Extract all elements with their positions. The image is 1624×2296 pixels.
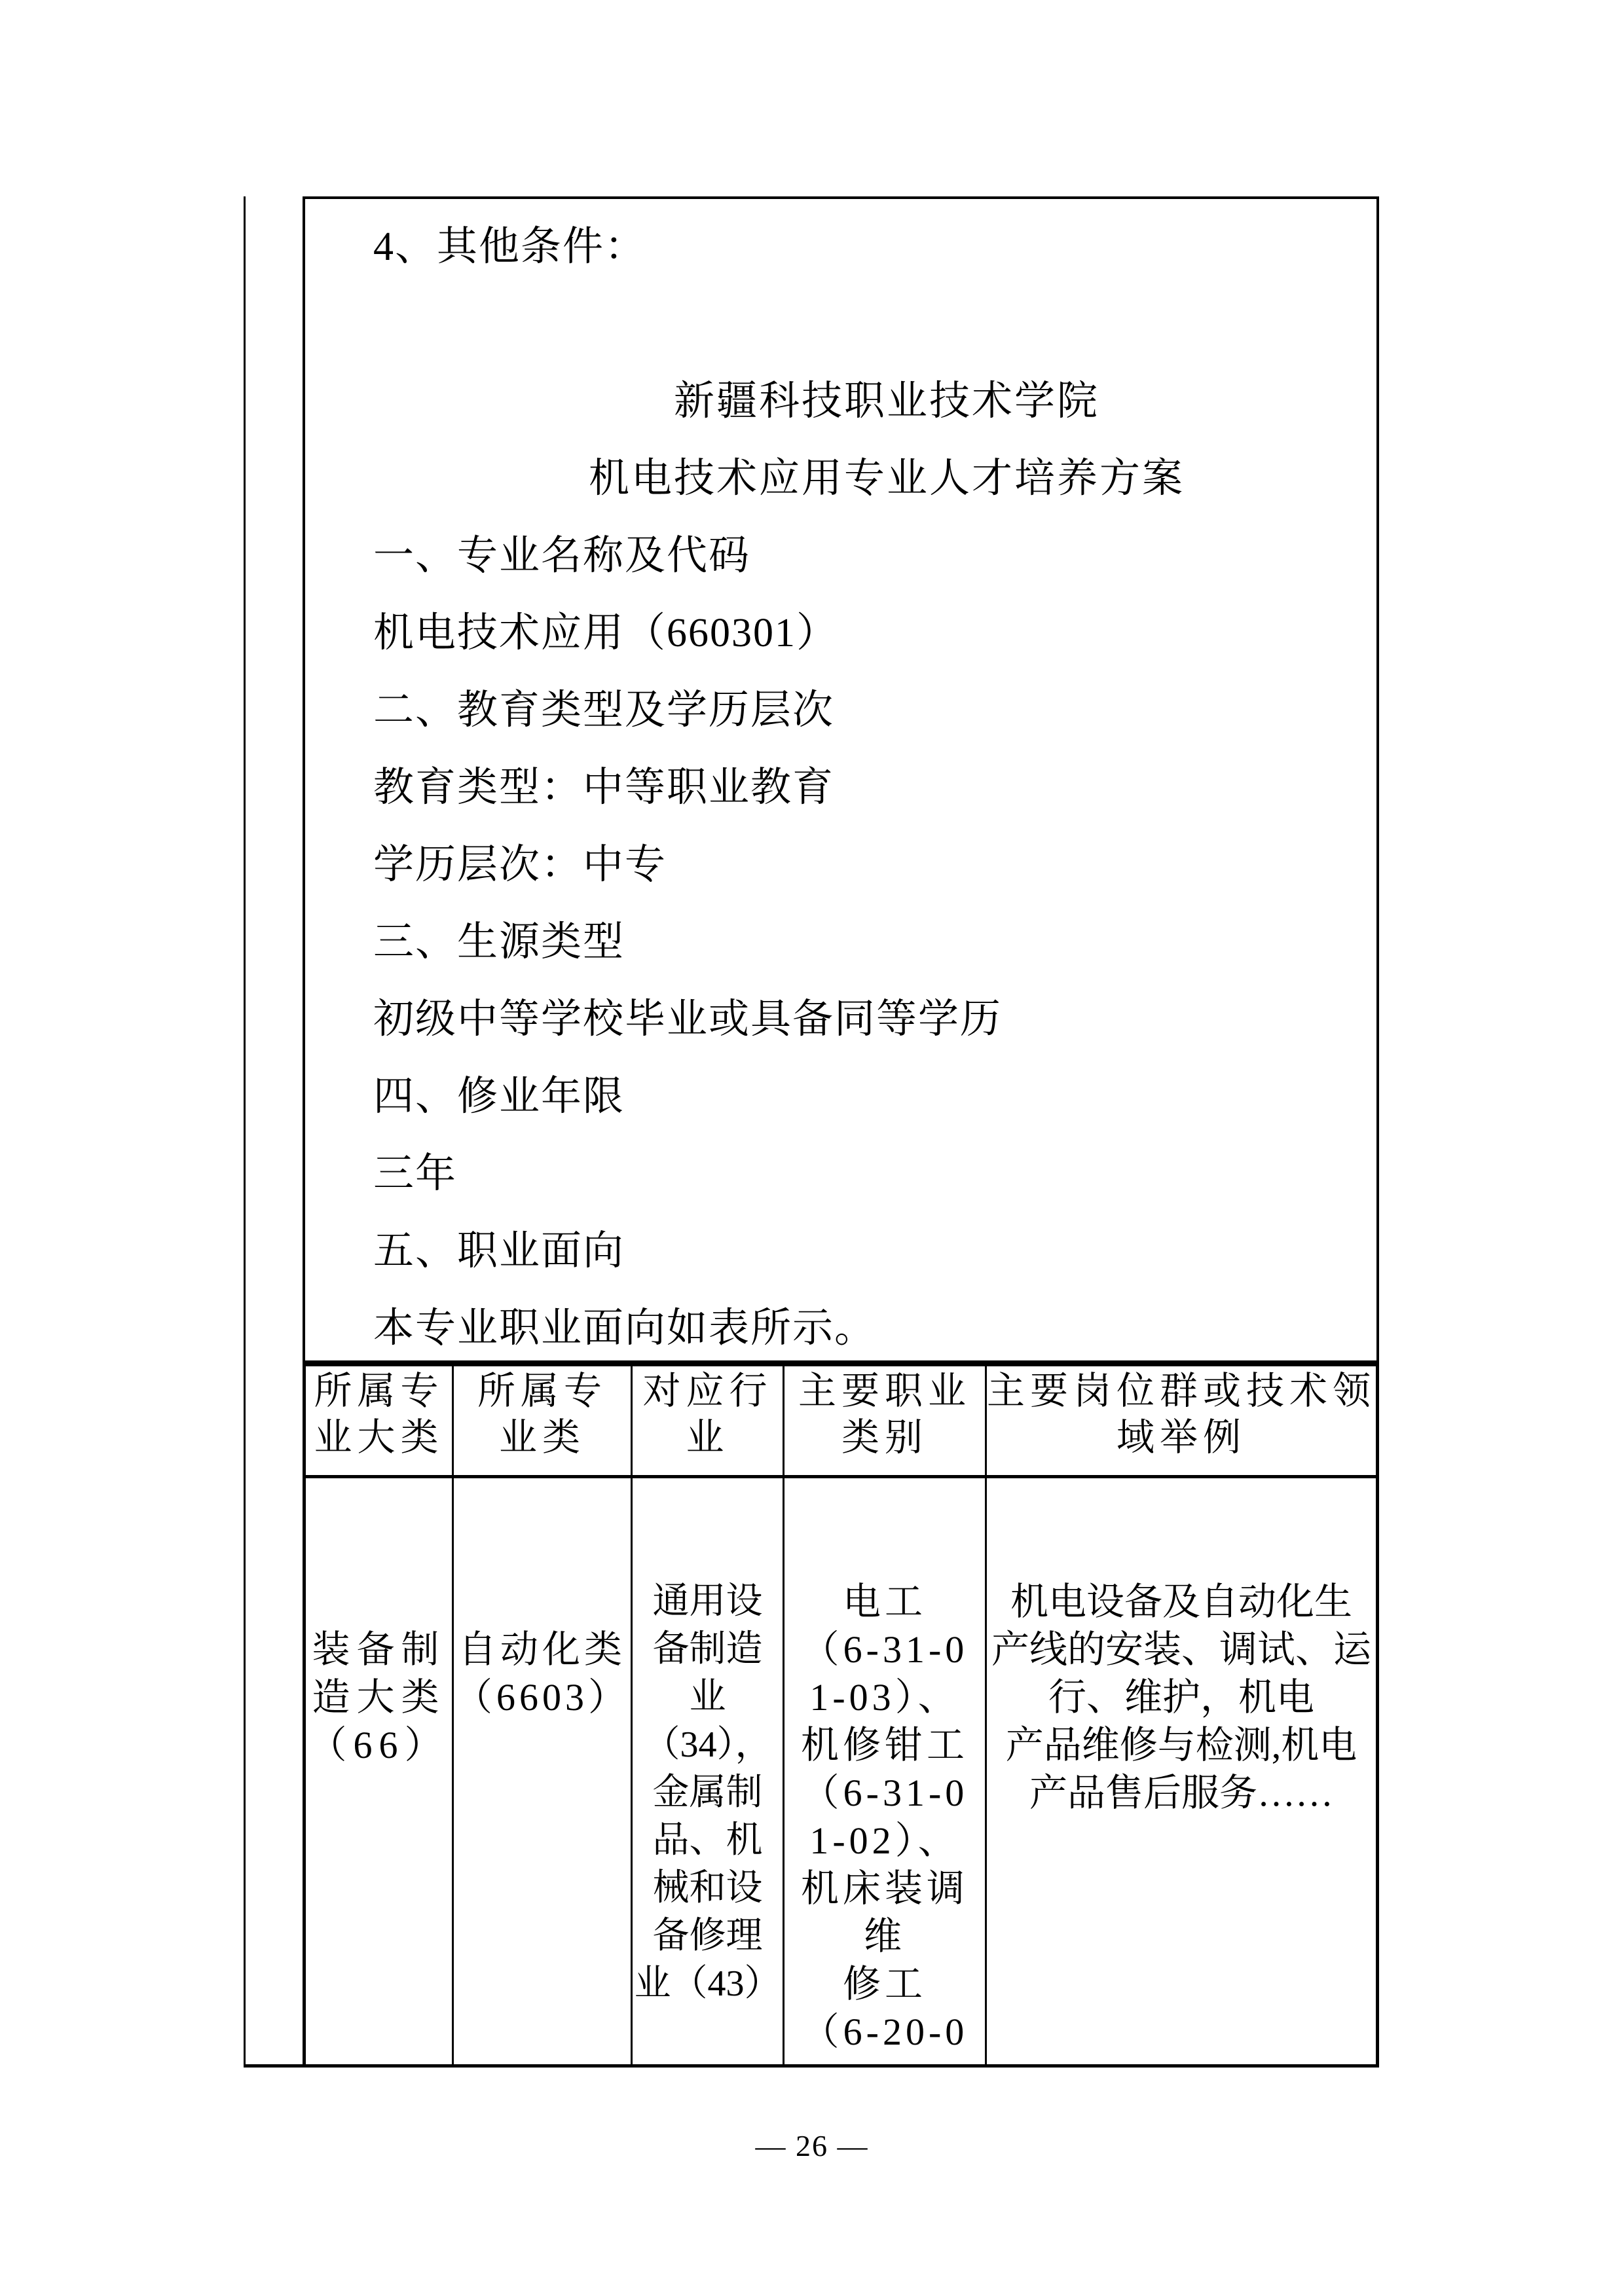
doc-line-student-source: 初级中等学校毕业或具备同等学历 bbox=[305, 981, 1376, 1058]
th-major-category: 所属专 业类 bbox=[454, 1366, 633, 1478]
th-occupation-type: 主要职业 类别 bbox=[784, 1366, 987, 1478]
doc-line-education-level: 学历层次：中专 bbox=[305, 826, 1376, 903]
doc-heading-2: 二、教育类型及学历层次 bbox=[305, 672, 1376, 749]
doc-line-education-type: 教育类型：中等职业教育 bbox=[305, 749, 1376, 826]
td-major-big-category: 装备制 造大类 （66） bbox=[306, 1478, 454, 2064]
doc-heading-1: 一、专业名称及代码 bbox=[305, 517, 1376, 594]
outer-table-left-rule bbox=[244, 196, 246, 2068]
page-number: — 26 — bbox=[0, 2129, 1624, 2163]
th-post-group-examples: 主要岗位群或技术领 域举例 bbox=[987, 1366, 1376, 1478]
th-major-big-category: 所属专 业大类 bbox=[306, 1366, 454, 1478]
doc-title-college: 新疆科技职业技术学院 bbox=[305, 363, 1376, 440]
document-page: 4、其他条件： 新疆科技职业技术学院 机电技术应用专业人才培养方案 一、专业名称… bbox=[0, 0, 1624, 2296]
doc-title-program: 机电技术应用专业人才培养方案 bbox=[305, 440, 1376, 517]
doc-heading-5: 五、职业面向 bbox=[305, 1212, 1376, 1290]
doc-line-table-intro: 本专业职业面向如表所示。 bbox=[305, 1290, 1376, 1363]
td-major-category: 自动化类 （6603） bbox=[454, 1478, 633, 2064]
doc-heading-4: 四、修业年限 bbox=[305, 1058, 1376, 1135]
table-body-row: 装备制 造大类 （66） 自动化类 （6603） 通用设 备制造 业 （34），… bbox=[306, 1478, 1376, 2064]
table-header-row: 所属专 业大类 所属专 业类 对应行 业 主要职业 类别 主要岗位群或技术领 域… bbox=[306, 1366, 1376, 1478]
content-box: 4、其他条件： 新疆科技职业技术学院 机电技术应用专业人才培养方案 一、专业名称… bbox=[303, 196, 1379, 1363]
doc-line-major-code: 机电技术应用（660301） bbox=[305, 594, 1376, 672]
th-industry: 对应行 业 bbox=[633, 1366, 784, 1478]
doc-line-duration: 三年 bbox=[305, 1135, 1376, 1212]
career-orientation-table: 所属专 业大类 所属专 业类 对应行 业 主要职业 类别 主要岗位群或技术领 域… bbox=[303, 1363, 1379, 2068]
table-bottom-rule-extension bbox=[244, 2064, 306, 2068]
doc-line-other-conditions: 4、其他条件： bbox=[305, 208, 1376, 285]
td-occupation-type: 电工 （6-31-0 1-03）、 机修钳工 （6-31-0 1-02）、 机床… bbox=[784, 1478, 987, 2064]
doc-heading-3: 三、生源类型 bbox=[305, 903, 1376, 981]
td-industry: 通用设 备制造 业 （34）， 金属制 品、机 械和设 备修理 业（43） bbox=[633, 1478, 784, 2064]
td-post-group-examples: 机电设备及自动化生 产线的安装、调试、运 行、维护，机电 产品维修与检测,机电 … bbox=[987, 1478, 1376, 2064]
